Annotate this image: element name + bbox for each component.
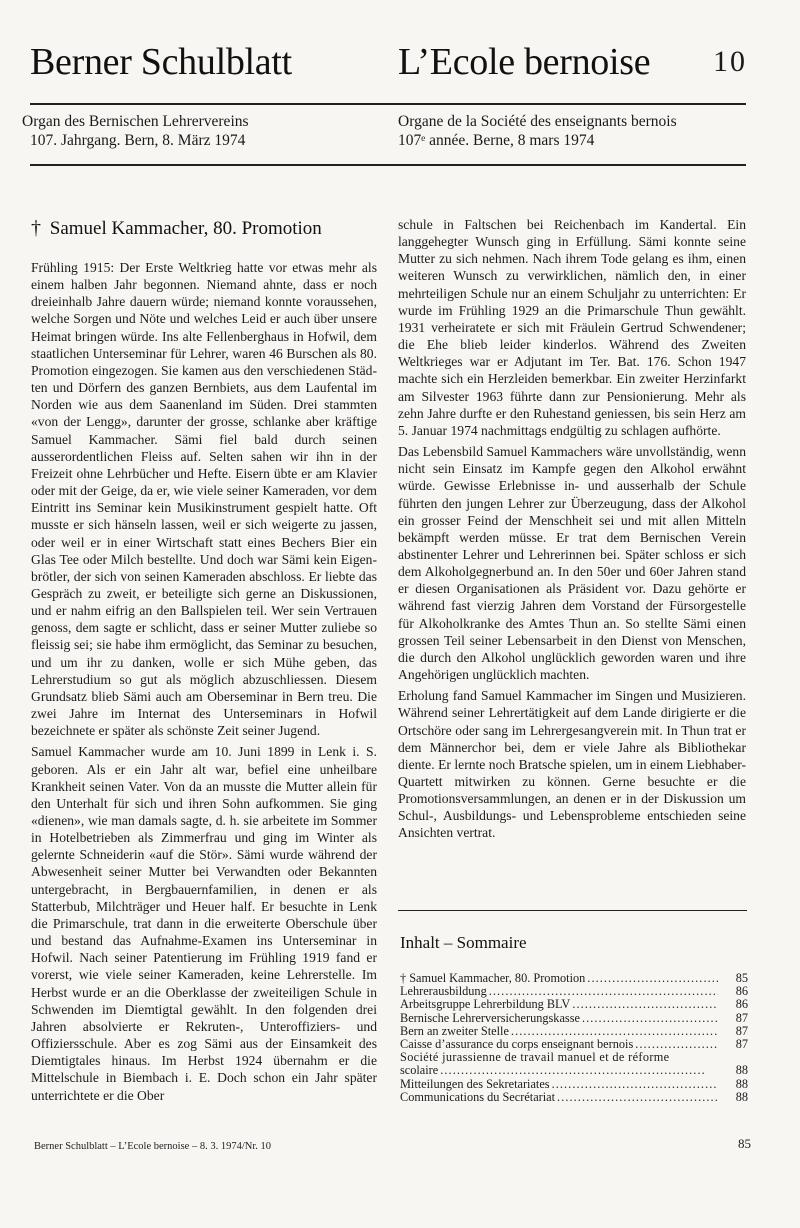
toc-entry-label: Société jurassienne de travail manuel et… (400, 1051, 670, 1064)
toc-entry[interactable]: Mitteilungen des Sekretariates88 (400, 1078, 748, 1091)
subhead-de-organ: Organ des Bernischen Lehrervereins (22, 112, 249, 131)
toc-leader-dots (582, 1012, 718, 1025)
toc-leader-dots (572, 998, 718, 1011)
toc-entry[interactable]: scolaire88 (400, 1064, 748, 1077)
footer-citation: Berner Schulblatt – L’Ecole bernoise – 8… (34, 1140, 271, 1154)
toc-entry-page: 87 (722, 1038, 748, 1051)
article-paragraph: Frühling 1915: Der Erste Weltkrieg hatte… (31, 259, 377, 739)
toc-leader-dots (557, 1091, 718, 1104)
toc-entry-page: 87 (722, 1012, 748, 1025)
toc-entry-page: 88 (722, 1064, 748, 1077)
toc-entry-label: Communications du Secrétariat (400, 1091, 555, 1104)
toc-entry-label: scolaire (400, 1064, 438, 1077)
subhead-de: Organ des Bernischen Lehrervereins 107. … (22, 112, 249, 150)
toc-entry-label: Arbeitsgruppe Lehrerbildung BLV (400, 998, 570, 1011)
masthead-rule-top (30, 103, 746, 105)
article-title: † Samuel Kammacher, 80. Promotion (31, 216, 377, 241)
toc-entry-page: 88 (722, 1078, 748, 1091)
subhead-fr-date: 107ᵉ année. Berne, 8 mars 1974 (398, 131, 677, 150)
toc-leader-dots (552, 1078, 718, 1091)
subhead-fr: Organe de la Société des enseignants ber… (398, 112, 677, 150)
article-paragraph: Samuel Kammacher wurde am 10. Juni 1899 … (31, 743, 377, 1103)
toc-entry-page: 88 (722, 1091, 748, 1104)
footer-page-number: 85 (738, 1136, 751, 1152)
toc-entry[interactable]: Arbeitsgruppe Lehrerbildung BLV86 (400, 998, 748, 1011)
table-of-contents: Inhalt – Sommaire † Samuel Kammacher, 80… (400, 932, 748, 1104)
toc-entry-page: 86 (722, 998, 748, 1011)
article-title-text: Samuel Kammacher, 80. Promotion (50, 218, 322, 239)
dagger-icon: † (31, 217, 41, 239)
toc-separator-rule (398, 910, 747, 911)
toc-entry-label: Mitteilungen des Sekretariates (400, 1078, 550, 1091)
masthead-rule-bottom (30, 164, 746, 166)
toc-entry[interactable]: Communications du Secrétariat88 (400, 1091, 748, 1104)
subhead-de-date: 107. Jahrgang. Bern, 8. März 1974 (22, 131, 249, 150)
article-column-left: † Samuel Kammacher, 80. Promotion Frühli… (31, 216, 377, 1108)
toc-leader-dots (672, 1051, 719, 1064)
article-paragraph: Erholung fand Samuel Kammacher im Singen… (398, 687, 746, 841)
subhead-fr-organ: Organe de la Société des enseignants ber… (398, 112, 677, 131)
toc-entry[interactable]: Bernische Lehrerversicherungskasse87 (400, 1012, 748, 1025)
toc-entry-label: Bernische Lehrerversicherungskasse (400, 1012, 580, 1025)
article-paragraph: Das Lebensbild Samuel Kammachers wäre un… (398, 443, 746, 683)
toc-title: Inhalt – Sommaire (400, 932, 748, 954)
issue-number: 10 (713, 42, 747, 82)
article-column-right: schule in Faltschen bei Reichenbach im K… (398, 216, 746, 846)
toc-leader-dots (587, 972, 718, 985)
masthead-title-de: Berner Schulblatt (30, 38, 292, 86)
masthead-title-fr: L’Ecole bernoise (398, 38, 650, 86)
toc-leader-dots (440, 1064, 718, 1077)
toc-entry[interactable]: Société jurassienne de travail manuel et… (400, 1051, 748, 1064)
article-paragraph: schule in Faltschen bei Reichenbach im K… (398, 216, 746, 439)
